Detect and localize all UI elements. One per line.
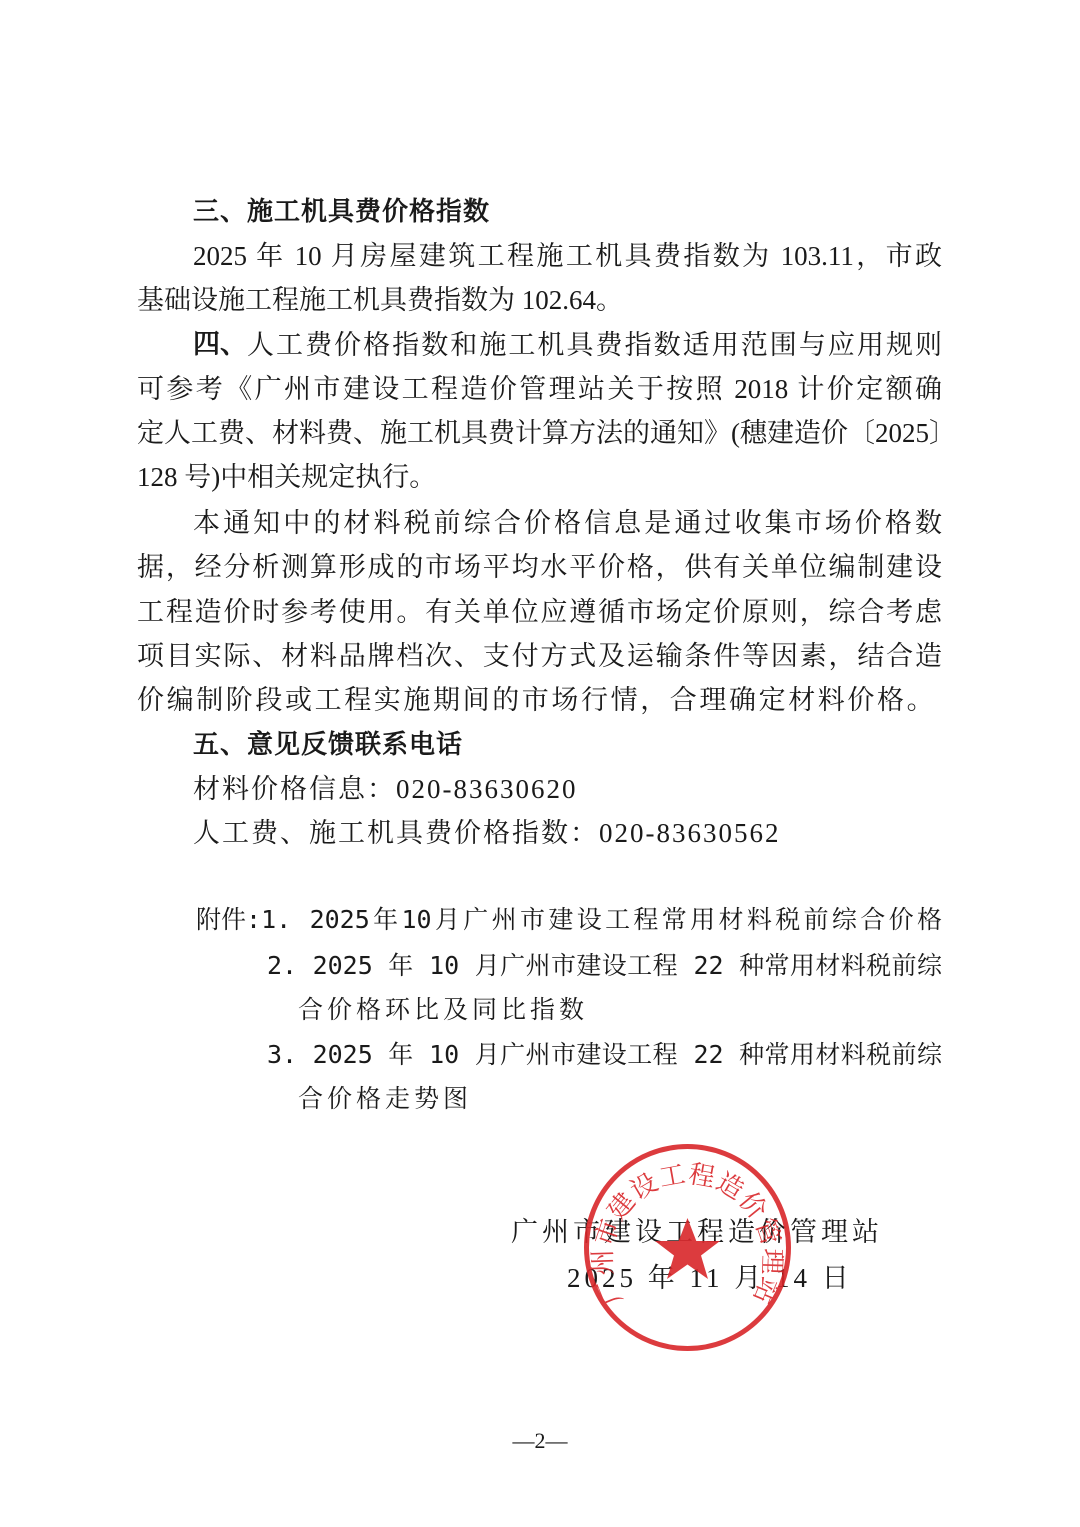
official-seal: 广州市建设工程造价管理站 [580, 1140, 795, 1355]
note-line-1: 本通知中的材料税前综合价格信息是通过收集市场价格数 [193, 503, 942, 543]
section-4-line-3: 定人工费、材料费、施工机具费计算方法的通知》(穗建造价〔2025〕 [137, 413, 942, 453]
note-line-5: 价编制阶段或工程实施期间的市场行情，合理确定材料价格。 [137, 680, 942, 720]
note-line-4: 项目实际、材料品牌档次、支付方式及运输条件等因素，结合造 [137, 636, 942, 676]
section-3-line-2: 基础设施工程施工机具费指数为 102.64。 [137, 280, 942, 320]
contact-materials: 材料价格信息：020-83630620 [193, 769, 998, 809]
section-5-heading: 五、意见反馈联系电话 [193, 725, 998, 765]
attachment-2-line-1: 2. 2025 年 10 月广州市建设工程 22 种常用材料税前综 [267, 946, 942, 986]
attachments-label: 附件: [196, 900, 261, 940]
attachment-1-title: 1. 2025年10月广州市建设工程常用材料税前综合价格 [261, 900, 942, 940]
star-icon [655, 1218, 720, 1279]
section-4-line-4: 128 号)中相关规定执行。 [137, 457, 942, 497]
note-line-3: 工程造价时参考使用。有关单位应遵循市场定价原则，综合考虑 [137, 592, 942, 632]
section-4-heading-prefix: 四、 [193, 325, 247, 365]
section-4-text-1: 人工费价格指数和施工机具费指数适用范围与应用规则 [247, 325, 942, 365]
attachment-3-line-2: 合价格走势图 [298, 1079, 942, 1119]
note-line-2: 据，经分析测算形成的市场平均水平价格，供有关单位编制建设 [137, 547, 942, 587]
contact-labor-machinery: 人工费、施工机具费价格指数：020-83630562 [193, 813, 998, 853]
section-4-line-1: 四、 人工费价格指数和施工机具费指数适用范围与应用规则 [193, 325, 942, 365]
attachment-1: 附件: 1. 2025年10月广州市建设工程常用材料税前综合价格 [196, 900, 942, 940]
section-3-line-1: 2025 年 10 月房屋建筑工程施工机具费指数为 103.11，市政 [193, 236, 942, 276]
attachment-2-line-2: 合价格环比及同比指数 [298, 990, 942, 1030]
attachment-3-line-1: 3. 2025 年 10 月广州市建设工程 22 种常用材料税前综 [267, 1035, 942, 1075]
section-4-line-2: 可参考《广州市建设工程造价管理站关于按照 2018 计价定额确 [137, 369, 942, 409]
page-number: —2— [0, 1426, 1080, 1456]
section-3-heading: 三、施工机具费价格指数 [193, 192, 998, 232]
